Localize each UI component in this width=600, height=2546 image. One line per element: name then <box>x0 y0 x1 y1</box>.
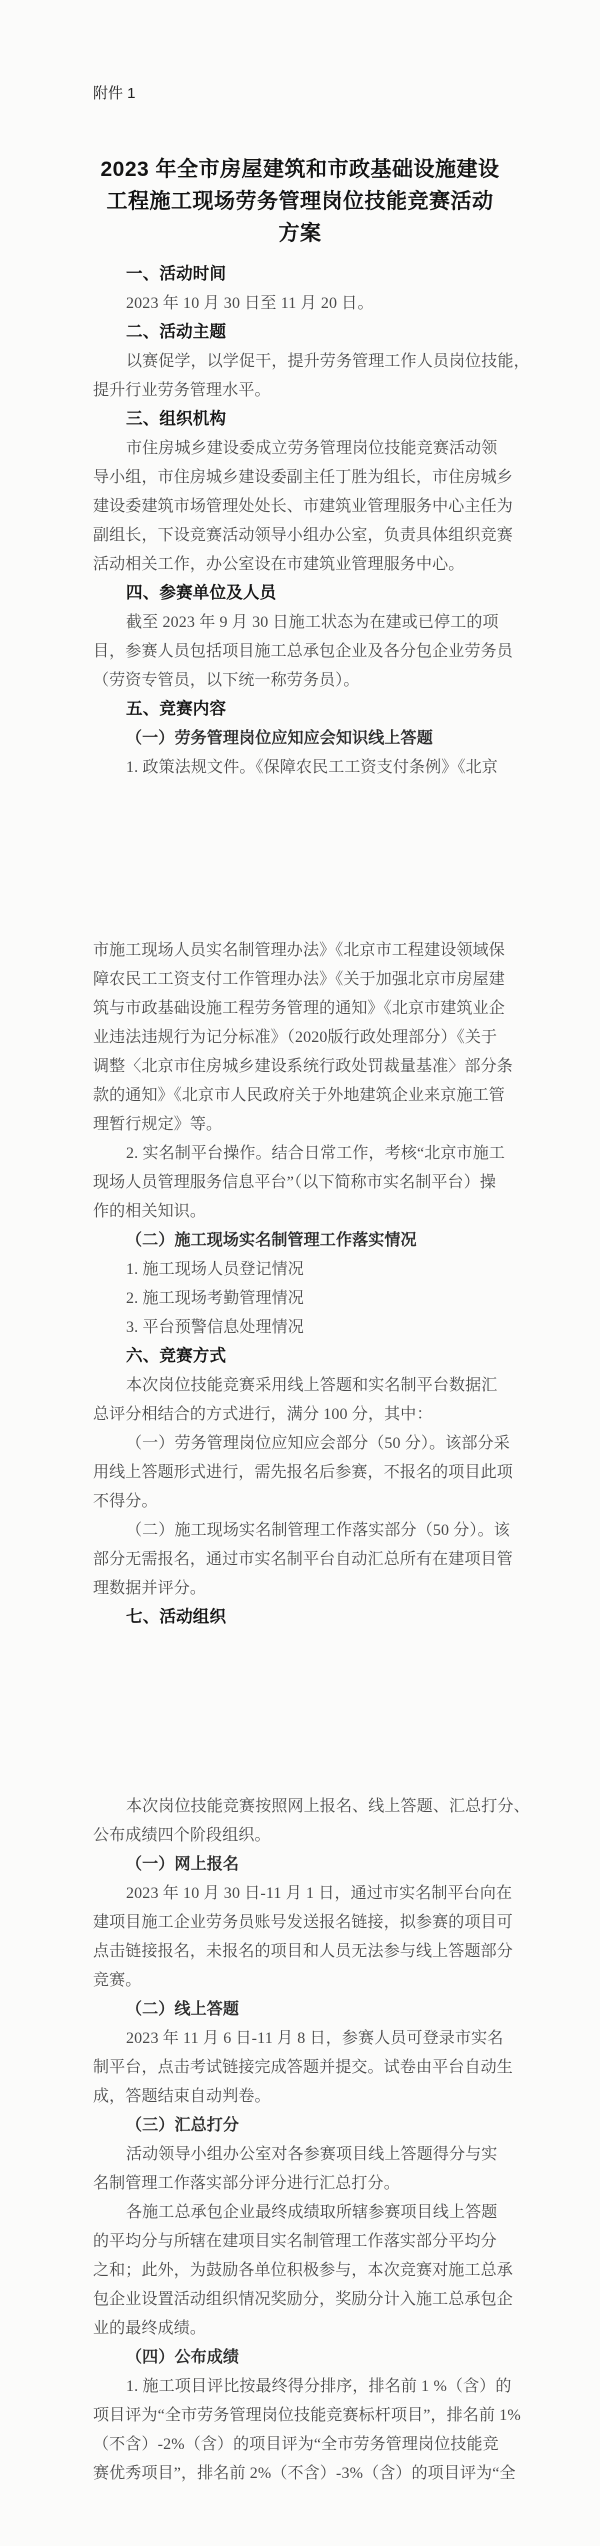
paragraph: 2. 实名制平台操作。结合日常工作，考核“北京市施工现场人员管理服务信息平台”（… <box>93 1139 523 1226</box>
section-heading: 三、组织机构 <box>93 405 523 434</box>
text-line: （二）线上答题 <box>93 1995 523 2024</box>
text-line: 障农民工工资支付工作管理办法》《关于加强北京市房屋建 <box>93 965 523 994</box>
subsection-heading: （一）网上报名 <box>93 1850 523 1879</box>
text-line: 成，答题结束自动判卷。 <box>93 2082 523 2111</box>
text-line: 建设委建筑市场管理处处长、市建筑业管理服务中心主任为 <box>93 492 523 521</box>
text-line: 业违法违规行为记分标准》（2020版行政处理部分）《关于 <box>93 1023 523 1052</box>
text-line: 2. 实名制平台操作。结合日常工作，考核“北京市施工 <box>93 1139 523 1168</box>
paragraph: 本次岗位技能竞赛采用线上答题和实名制平台数据汇总评分相结合的方式进行，满分 10… <box>93 1371 523 1429</box>
text-line: 不得分。 <box>93 1487 523 1516</box>
section-heading: 四、参赛单位及人员 <box>93 579 523 608</box>
paragraph: （一）劳务管理岗位应知应会部分（50 分）。该部分采用线上答题形式进行，需先报名… <box>93 1429 523 1516</box>
text-line: 1. 施工项目评比按最终得分排序，排名前 1 %（含）的 <box>93 2372 523 2401</box>
text-line: 市施工现场人员实名制管理办法》《北京市工程建设领域保 <box>93 936 523 965</box>
paragraph: 3. 平台预警信息处理情况 <box>93 1313 523 1342</box>
text-line: 活动相关工作，办公室设在市建筑业管理服务中心。 <box>93 550 523 579</box>
text-line: 名制管理工作落实部分评分进行汇总打分。 <box>93 2169 523 2198</box>
paragraph: 1. 施工项目评比按最终得分排序，排名前 1 %（含）的项目评为“全市劳务管理岗… <box>93 2372 523 2488</box>
text-line: 点击链接报名，未报名的项目和人员无法参与线上答题部分 <box>93 1937 523 1966</box>
text-line: 公布成绩四个阶段组织。 <box>93 1821 523 1850</box>
page-block-2: 市施工现场人员实名制管理办法》《北京市工程建设领域保障农民工工资支付工作管理办法… <box>93 936 523 1632</box>
document-page: 附件 1 2023 年全市房屋建筑和市政基础设施建设 工程施工现场劳务管理岗位技… <box>0 0 600 2546</box>
subsection-heading: （二）线上答题 <box>93 1995 523 2024</box>
subsection-heading: （二）施工现场实名制管理工作落实情况 <box>93 1226 523 1255</box>
text-line: （二）施工现场实名制管理工作落实部分（50 分）。该 <box>93 1516 523 1545</box>
text-line: 2023 年 10 月 30 日至 11 月 20 日。 <box>93 289 523 318</box>
text-line: （四）公布成绩 <box>93 2343 523 2372</box>
text-line: 赛优秀项目”，排名前 2%（不含）-3%（含）的项目评为“全 <box>93 2459 523 2488</box>
text-line: 部分无需报名，通过市实名制平台自动汇总所有在建项目管 <box>93 1545 523 1574</box>
attachment-label: 附件 1 <box>93 84 600 104</box>
text-line: 项目评为“全市劳务管理岗位技能竞赛标杆项目”，排名前 1% <box>93 2401 523 2430</box>
page-block-3: 本次岗位技能竞赛按照网上报名、线上答题、汇总打分、公布成绩四个阶段组织。（一）网… <box>93 1792 523 2488</box>
text-line: 总评分相结合的方式进行，满分 100 分，其中： <box>93 1400 523 1429</box>
text-line: （三）汇总打分 <box>93 2111 523 2140</box>
paragraph: 以赛促学，以学促干，提升劳务管理工作人员岗位技能，提升行业劳务管理水平。 <box>93 347 523 405</box>
paragraph: 市施工现场人员实名制管理办法》《北京市工程建设领域保障农民工工资支付工作管理办法… <box>93 936 523 1139</box>
section-heading: 五、竞赛内容 <box>93 695 523 724</box>
paragraph: 市住房城乡建设委成立劳务管理岗位技能竞赛活动领导小组，市住房城乡建设委副主任丁胜… <box>93 434 523 579</box>
text-line: 四、参赛单位及人员 <box>93 579 523 608</box>
section-heading: 二、活动主题 <box>93 318 523 347</box>
text-line: 二、活动主题 <box>93 318 523 347</box>
paragraph: 2023 年 10 月 30 日至 11 月 20 日。 <box>93 289 523 318</box>
text-line: 的平均分与所辖在建项目实名制管理工作落实部分平均分 <box>93 2227 523 2256</box>
text-line: 作的相关知识。 <box>93 1197 523 1226</box>
text-line: 2. 施工现场考勤管理情况 <box>93 1284 523 1313</box>
paragraph: 1. 政策法规文件。《保障农民工工资支付条例》《北京 <box>93 753 523 782</box>
text-line: 建项目施工企业劳务员账号发送报名链接，拟参赛的项目可 <box>93 1908 523 1937</box>
text-line: 导小组，市住房城乡建设委副主任丁胜为组长，市住房城乡 <box>93 463 523 492</box>
text-line: 本次岗位技能竞赛按照网上报名、线上答题、汇总打分、 <box>93 1792 523 1821</box>
document-title-line: 工程施工现场劳务管理岗位技能竞赛活动 <box>80 186 520 218</box>
subsection-heading: （四）公布成绩 <box>93 2343 523 2372</box>
text-line: 之和；此外，为鼓励各单位积极参与，本次竞赛对施工总承 <box>93 2256 523 2285</box>
text-line: 六、竞赛方式 <box>93 1342 523 1371</box>
text-line: 理暂行规定》等。 <box>93 1110 523 1139</box>
subsection-heading: （三）汇总打分 <box>93 2111 523 2140</box>
paragraph: 2023 年 11 月 6 日-11 月 8 日，参赛人员可登录市实名制平台，点… <box>93 2024 523 2111</box>
text-line: （一）劳务管理岗位应知应会部分（50 分）。该部分采 <box>93 1429 523 1458</box>
text-line: 业的最终成绩。 <box>93 2314 523 2343</box>
section-heading: 七、活动组织 <box>93 1603 523 1632</box>
paragraph: 2. 施工现场考勤管理情况 <box>93 1284 523 1313</box>
text-line: 现场人员管理服务信息平台”（以下简称市实名制平台）操 <box>93 1168 523 1197</box>
paragraph: 本次岗位技能竞赛按照网上报名、线上答题、汇总打分、公布成绩四个阶段组织。 <box>93 1792 523 1850</box>
text-line: 截至 2023 年 9 月 30 日施工状态为在建或已停工的项 <box>93 608 523 637</box>
page-block-1: 一、活动时间2023 年 10 月 30 日至 11 月 20 日。二、活动主题… <box>93 260 523 782</box>
text-line: 调整〈北京市住房城乡建设系统行政处罚裁量基准〉部分条 <box>93 1052 523 1081</box>
document-title-line: 2023 年全市房屋建筑和市政基础设施建设 <box>80 154 520 186</box>
document-title-line: 方案 <box>80 218 520 250</box>
text-line: 理数据并评分。 <box>93 1574 523 1603</box>
text-line: 款的通知》《北京市人民政府关于外地建筑企业来京施工管 <box>93 1081 523 1110</box>
text-line: （一）劳务管理岗位应知应会知识线上答题 <box>93 724 523 753</box>
text-line: 活动领导小组办公室对各参赛项目线上答题得分与实 <box>93 2140 523 2169</box>
text-line: 2023 年 11 月 6 日-11 月 8 日，参赛人员可登录市实名 <box>93 2024 523 2053</box>
text-line: 五、竞赛内容 <box>93 695 523 724</box>
paragraph: 各施工总承包企业最终成绩取所辖参赛项目线上答题的平均分与所辖在建项目实名制管理工… <box>93 2198 523 2343</box>
text-line: （一）网上报名 <box>93 1850 523 1879</box>
text-line: 七、活动组织 <box>93 1603 523 1632</box>
document-body: 一、活动时间2023 年 10 月 30 日至 11 月 20 日。二、活动主题… <box>93 260 523 2488</box>
section-heading: 六、竞赛方式 <box>93 1342 523 1371</box>
text-line: 1. 施工现场人员登记情况 <box>93 1255 523 1284</box>
text-line: 用线上答题形式进行，需先报名后参赛，不报名的项目此项 <box>93 1458 523 1487</box>
text-line: 筑与市政基础设施工程劳务管理的通知》《北京市建筑业企 <box>93 994 523 1023</box>
paragraph: 1. 施工现场人员登记情况 <box>93 1255 523 1284</box>
text-line: 市住房城乡建设委成立劳务管理岗位技能竞赛活动领 <box>93 434 523 463</box>
paragraph: 截至 2023 年 9 月 30 日施工状态为在建或已停工的项目，参赛人员包括项… <box>93 608 523 695</box>
text-line: （二）施工现场实名制管理工作落实情况 <box>93 1226 523 1255</box>
subsection-heading: （一）劳务管理岗位应知应会知识线上答题 <box>93 724 523 753</box>
text-line: 目，参赛人员包括项目施工总承包企业及各分包企业劳务员 <box>93 637 523 666</box>
text-line: 包企业设置活动组织情况奖励分，奖励分计入施工总承包企 <box>93 2285 523 2314</box>
text-line: 3. 平台预警信息处理情况 <box>93 1313 523 1342</box>
paragraph: 活动领导小组办公室对各参赛项目线上答题得分与实名制管理工作落实部分评分进行汇总打… <box>93 2140 523 2198</box>
text-line: 提升行业劳务管理水平。 <box>93 376 523 405</box>
text-line: 三、组织机构 <box>93 405 523 434</box>
document-title: 2023 年全市房屋建筑和市政基础设施建设 工程施工现场劳务管理岗位技能竞赛活动… <box>80 154 520 250</box>
text-line: 2023 年 10 月 30 日-11 月 1 日，通过市实名制平台向在 <box>93 1879 523 1908</box>
text-line: 竞赛。 <box>93 1966 523 1995</box>
text-line: 制平台，点击考试链接完成答题并提交。试卷由平台自动生 <box>93 2053 523 2082</box>
text-line: 一、活动时间 <box>93 260 523 289</box>
text-line: 副组长，下设竞赛活动领导小组办公室，负责具体组织竞赛 <box>93 521 523 550</box>
text-line: （劳资专管员，以下统一称劳务员）。 <box>93 666 523 695</box>
text-line: （不含）-2%（含）的项目评为“全市劳务管理岗位技能竞 <box>93 2430 523 2459</box>
text-line: 1. 政策法规文件。《保障农民工工资支付条例》《北京 <box>93 753 523 782</box>
paragraph: 2023 年 10 月 30 日-11 月 1 日，通过市实名制平台向在建项目施… <box>93 1879 523 1995</box>
text-line: 本次岗位技能竞赛采用线上答题和实名制平台数据汇 <box>93 1371 523 1400</box>
paragraph: （二）施工现场实名制管理工作落实部分（50 分）。该部分无需报名，通过市实名制平… <box>93 1516 523 1603</box>
text-line: 各施工总承包企业最终成绩取所辖参赛项目线上答题 <box>93 2198 523 2227</box>
text-line: 以赛促学，以学促干，提升劳务管理工作人员岗位技能， <box>93 347 523 376</box>
section-heading: 一、活动时间 <box>93 260 523 289</box>
